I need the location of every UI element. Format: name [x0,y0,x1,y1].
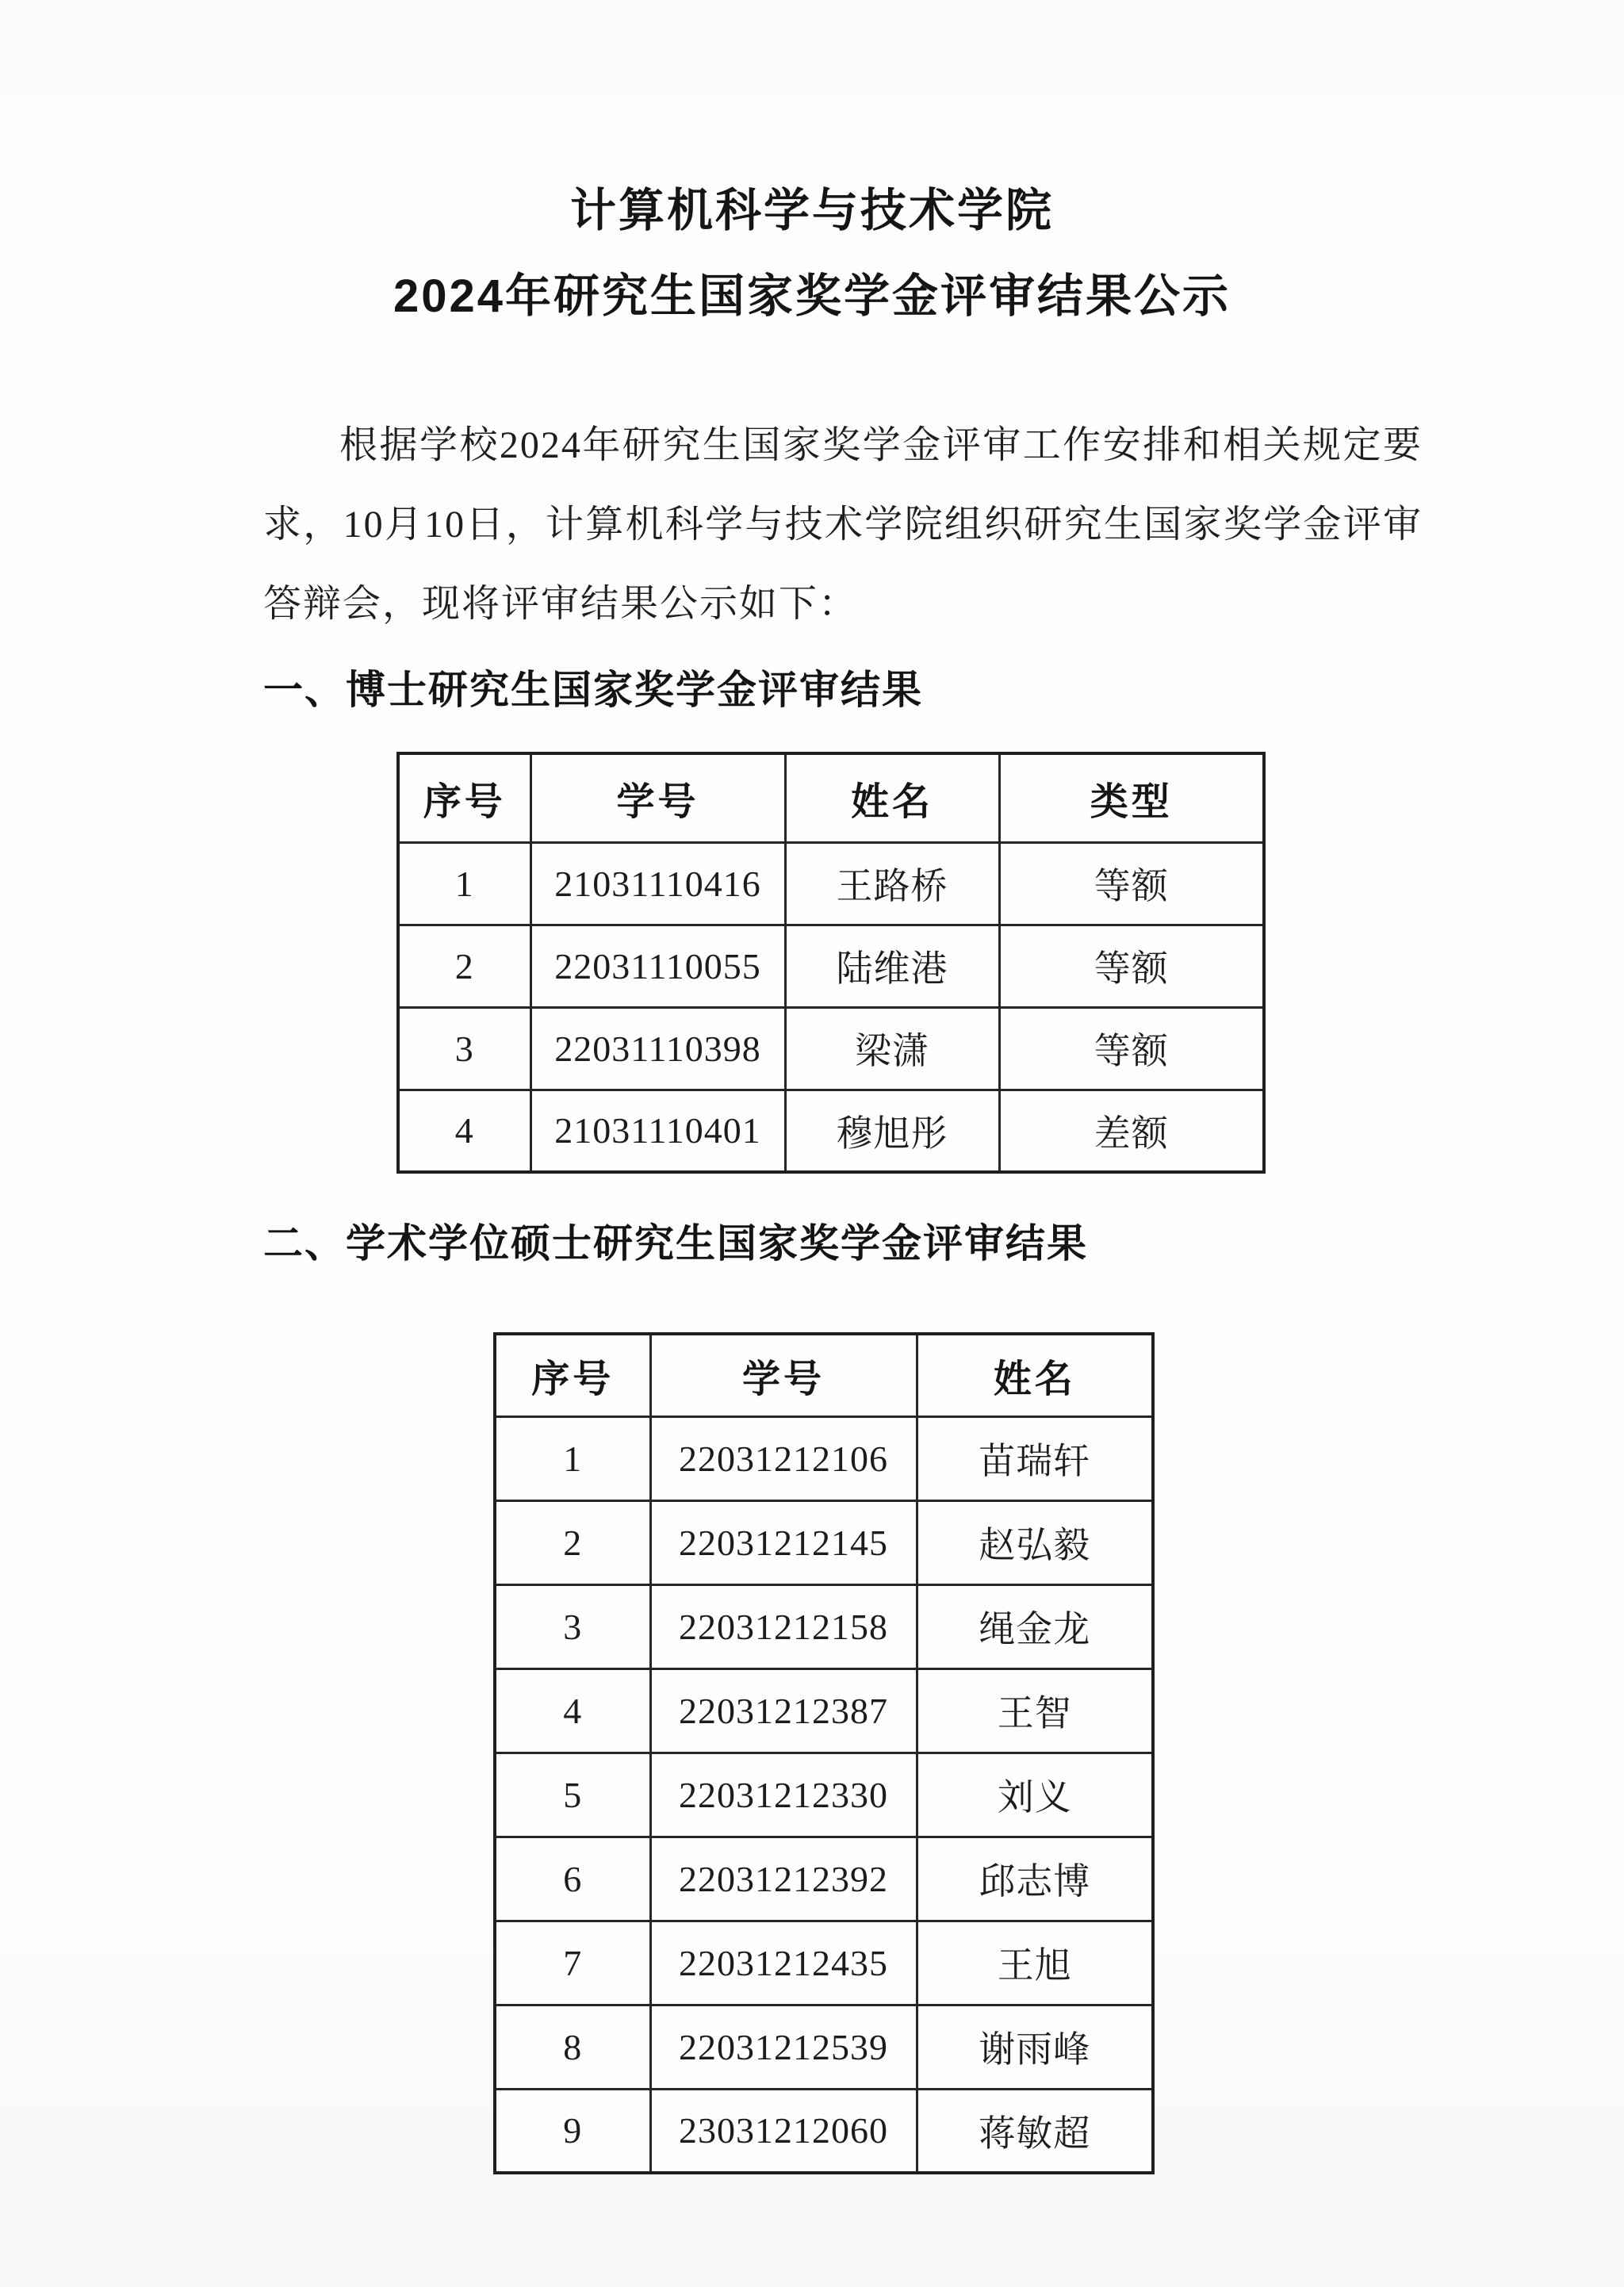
cell-name: 苗瑞轩 [917,1416,1153,1500]
cell-student-id: 21031110401 [530,1090,785,1172]
cell-name: 邱志博 [917,1837,1153,1921]
table2-row: 7 22031212435 王旭 [495,1921,1153,2005]
table2-row: 3 22031212158 绳金龙 [495,1584,1153,1668]
cell-index: 7 [495,1921,650,2005]
section1-heading: 一、博士研究生国家奖学金评审结果 [263,658,923,715]
table1-header-student-id: 学号 [530,753,785,842]
table2-row: 8 22031212539 谢雨峰 [495,2005,1153,2089]
table1-header-name: 姓名 [785,753,999,842]
table1-row: 3 22031110398 梁潇 等额 [398,1007,1264,1090]
masters-results-table: 序号 学号 姓名 1 22031212106 苗瑞轩 2 22031212145… [493,1332,1155,2174]
intro-line-2: 求，10月10日，计算机科学与技术学院组织研究生国家奖学金评审 [263,485,1423,565]
cell-student-id: 22031110055 [530,925,785,1007]
cell-type: 差额 [999,1090,1264,1172]
cell-name: 梁潇 [785,1007,999,1090]
table2-row: 1 22031212106 苗瑞轩 [495,1416,1153,1500]
cell-index: 3 [495,1584,650,1668]
cell-name: 绳金龙 [917,1584,1153,1668]
cell-student-id: 22031212392 [650,1837,917,1921]
intro-line-3: 答辩会，现将评审结果公示如下： [263,565,1423,644]
cell-name: 刘义 [917,1753,1153,1837]
cell-type: 等额 [999,842,1264,925]
cell-student-id: 21031110416 [530,842,785,925]
cell-type: 等额 [999,1007,1264,1090]
section2-heading: 二、学术学位硕士研究生国家奖学金评审结果 [263,1212,1088,1269]
table1-row: 1 21031110416 王路桥 等额 [398,842,1264,925]
table2-header-row: 序号 学号 姓名 [495,1334,1153,1416]
cell-index: 4 [398,1090,530,1172]
table2-header-student-id: 学号 [650,1334,917,1416]
cell-name: 陆维港 [785,925,999,1007]
cell-student-id: 22031212435 [650,1921,917,2005]
table2-row: 4 22031212387 王智 [495,1668,1153,1753]
cell-name: 蒋敏超 [917,2089,1153,2173]
table1-row: 4 21031110401 穆旭彤 差额 [398,1090,1264,1172]
document-title-line2: 2024年研究生国家奖学金评审结果公示 [0,259,1624,325]
table2-row: 2 22031212145 赵弘毅 [495,1500,1153,1584]
cell-student-id: 22031212106 [650,1416,917,1500]
cell-name: 赵弘毅 [917,1500,1153,1584]
cell-index: 8 [495,2005,650,2089]
cell-name: 王旭 [917,1921,1153,2005]
cell-student-id: 22031212330 [650,1753,917,1837]
doctoral-results-table: 序号 学号 姓名 类型 1 21031110416 王路桥 等额 2 22031… [396,752,1266,1174]
cell-name: 王智 [917,1668,1153,1753]
cell-index: 6 [495,1837,650,1921]
cell-student-id: 22031212539 [650,2005,917,2089]
intro-line-1: 根据学校2024年研究生国家奖学金评审工作安排和相关规定要 [263,406,1423,485]
cell-index: 1 [398,842,530,925]
cell-student-id: 22031212387 [650,1668,917,1753]
cell-index: 9 [495,2089,650,2173]
cell-index: 5 [495,1753,650,1837]
cell-student-id: 22031212145 [650,1500,917,1584]
cell-student-id: 22031110398 [530,1007,785,1090]
table2-row: 6 22031212392 邱志博 [495,1837,1153,1921]
cell-index: 3 [398,1007,530,1090]
cell-type: 等额 [999,925,1264,1007]
scanned-document-page: 计算机科学与技术学院 2024年研究生国家奖学金评审结果公示 根据学校2024年… [0,0,1624,2287]
cell-student-id: 22031212158 [650,1584,917,1668]
table2-header-name: 姓名 [917,1334,1153,1416]
cell-student-id: 23031212060 [650,2089,917,2173]
cell-index: 1 [495,1416,650,1500]
intro-paragraph: 根据学校2024年研究生国家奖学金评审工作安排和相关规定要 求，10月10日，计… [263,406,1423,644]
table1-header-type: 类型 [999,753,1264,842]
cell-index: 2 [398,925,530,1007]
table1-row: 2 22031110055 陆维港 等额 [398,925,1264,1007]
cell-name: 王路桥 [785,842,999,925]
document-title-line1: 计算机科学与技术学院 [0,173,1624,239]
table2-header-index: 序号 [495,1334,650,1416]
table2-row: 9 23031212060 蒋敏超 [495,2089,1153,2173]
cell-index: 4 [495,1668,650,1753]
table2-row: 5 22031212330 刘义 [495,1753,1153,1837]
cell-index: 2 [495,1500,650,1584]
cell-name: 穆旭彤 [785,1090,999,1172]
table1-header-row: 序号 学号 姓名 类型 [398,753,1264,842]
table1-header-index: 序号 [398,753,530,842]
cell-name: 谢雨峰 [917,2005,1153,2089]
